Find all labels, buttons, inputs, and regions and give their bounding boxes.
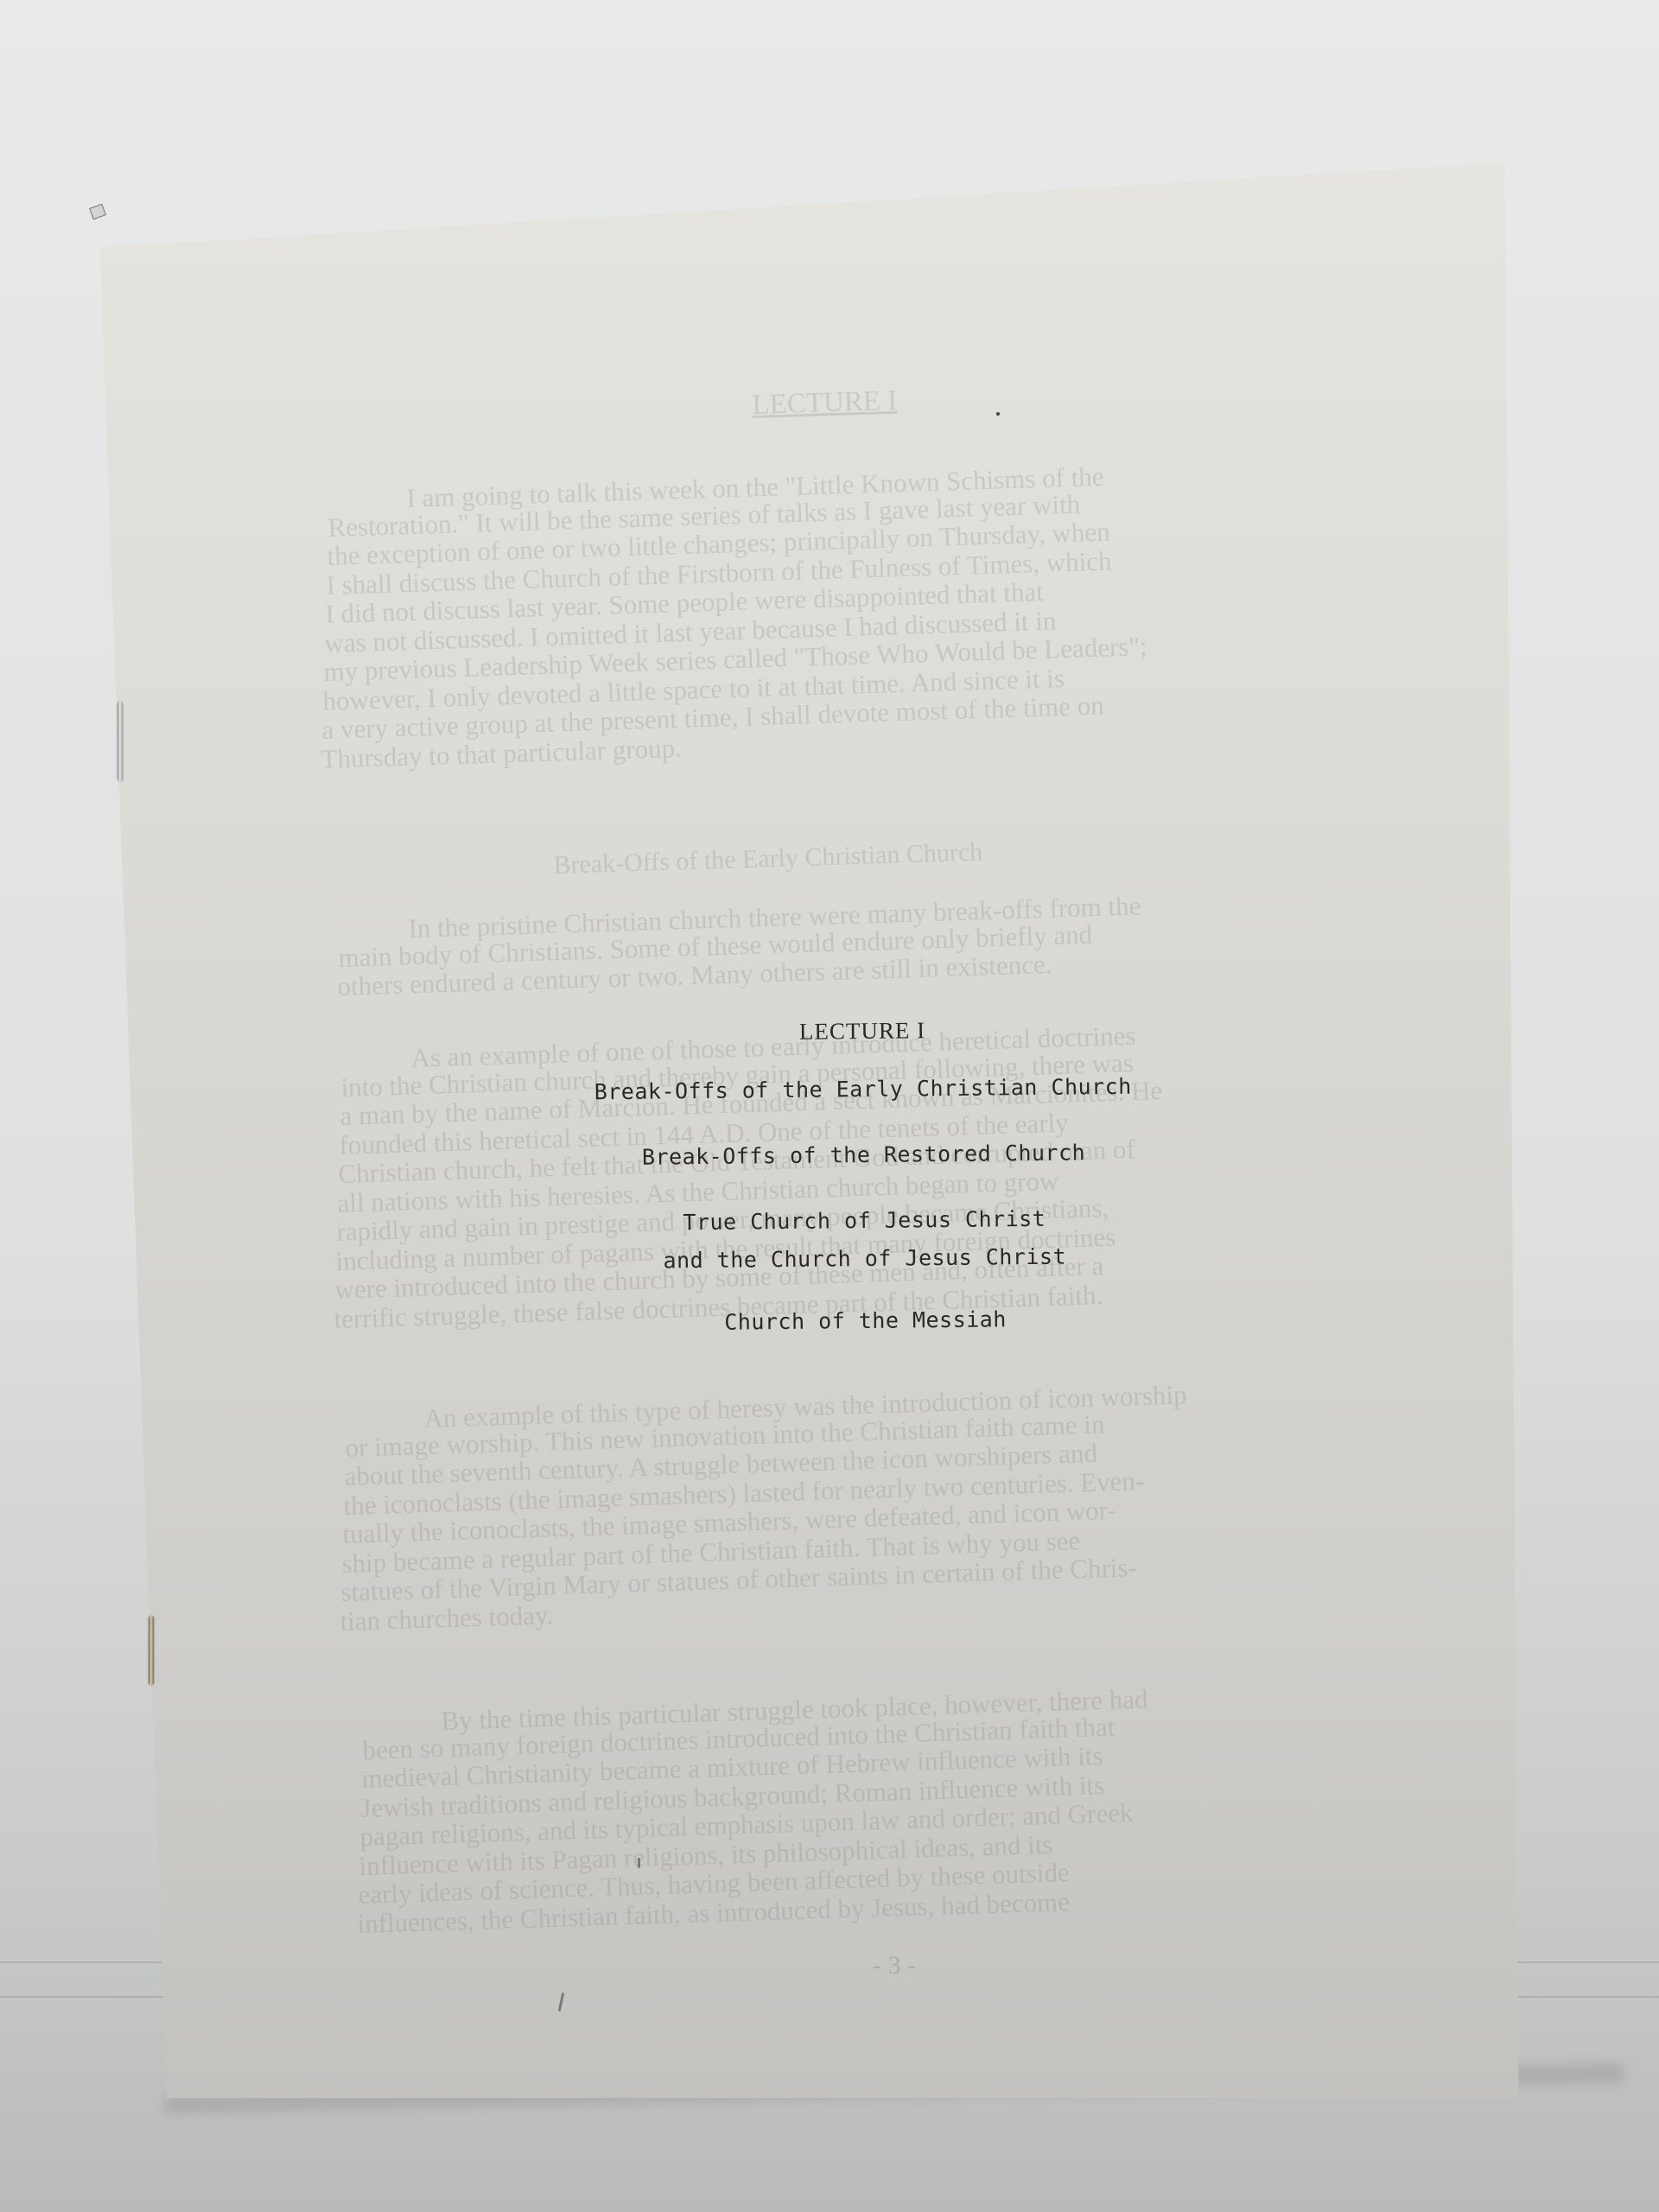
lecture-topic-line: True Church of Jesus Christ [553,1198,1175,1243]
lecture-topic: Church of the Messiah [554,1299,1176,1344]
show-through-line: tian churches today. [340,1600,554,1637]
show-through-title: LECTURE I [752,386,898,420]
lecture-topic-line: Church of the Messiah [554,1299,1176,1344]
lecture-topic: Break-Offs of the Restored Church [552,1133,1174,1178]
staple-top-icon [118,702,123,781]
lecture-topic-line: Break-Offs of the Early Christian Church [552,1067,1174,1112]
photo-scene: LECTURE I I am going to talk this week o… [0,0,1659,2212]
lecture-topic-line: and the Church of Jesus Christ [554,1236,1176,1281]
lecture-title-block: LECTURE I Break-Offs of the Early Christ… [551,1014,1177,1371]
staple-bottom-icon [149,1616,154,1685]
torn-corner [89,204,106,220]
lecture-topics: Break-Offs of the Early Christian Church… [552,1067,1177,1344]
lecture-topic: True Church of Jesus Christand the Churc… [553,1198,1176,1281]
speck [996,412,1000,416]
lecture-topic-line: Break-Offs of the Restored Church [552,1133,1174,1178]
lecture-topic: Break-Offs of the Early Christian Church [552,1067,1174,1112]
page-number: - 3 - [873,1951,916,1980]
lecture-heading: LECTURE I [551,1014,1173,1048]
scratch-mark [638,1858,640,1868]
